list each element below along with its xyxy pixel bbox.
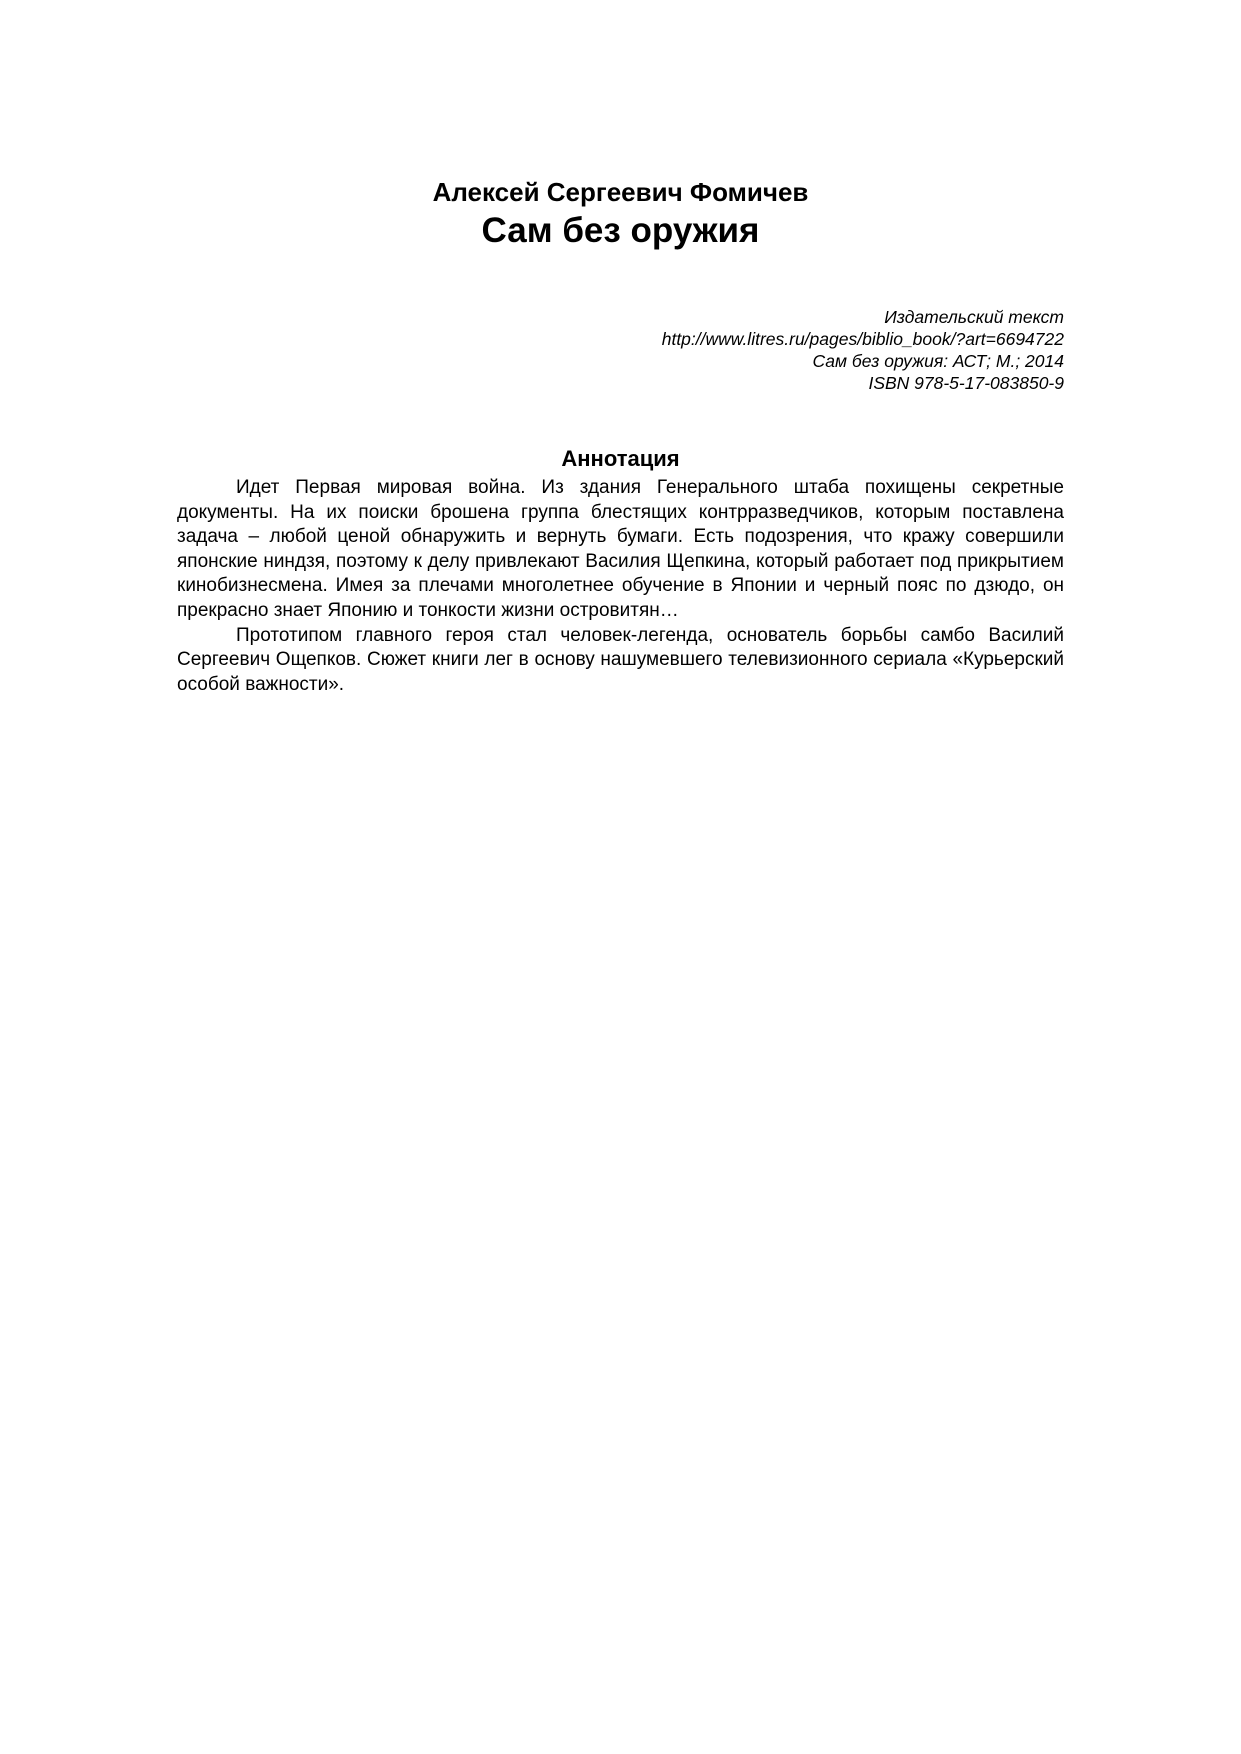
book-title: Сам без оружия — [0, 210, 1241, 252]
isbn: ISBN 978-5-17-083850-9 — [662, 372, 1064, 394]
annotation-heading: Аннотация — [0, 445, 1241, 473]
document-page: Алексей Сергеевич Фомичев Сам без оружия… — [0, 0, 1241, 1754]
source-url: http://www.litres.ru/pages/biblio_book/?… — [662, 328, 1064, 350]
annotation-paragraph: Прототипом главного героя стал человек-л… — [177, 624, 1064, 698]
author-name: Алексей Сергеевич Фомичев — [0, 176, 1241, 208]
edition-info: Сам без оружия: АСТ; М.; 2014 — [662, 350, 1064, 372]
publisher-label: Издательский текст — [662, 306, 1064, 328]
annotation-body: Идет Первая мировая война. Из здания Ген… — [177, 476, 1064, 697]
annotation-paragraph: Идет Первая мировая война. Из здания Ген… — [177, 476, 1064, 624]
publication-info: Издательский текст http://www.litres.ru/… — [662, 306, 1064, 394]
